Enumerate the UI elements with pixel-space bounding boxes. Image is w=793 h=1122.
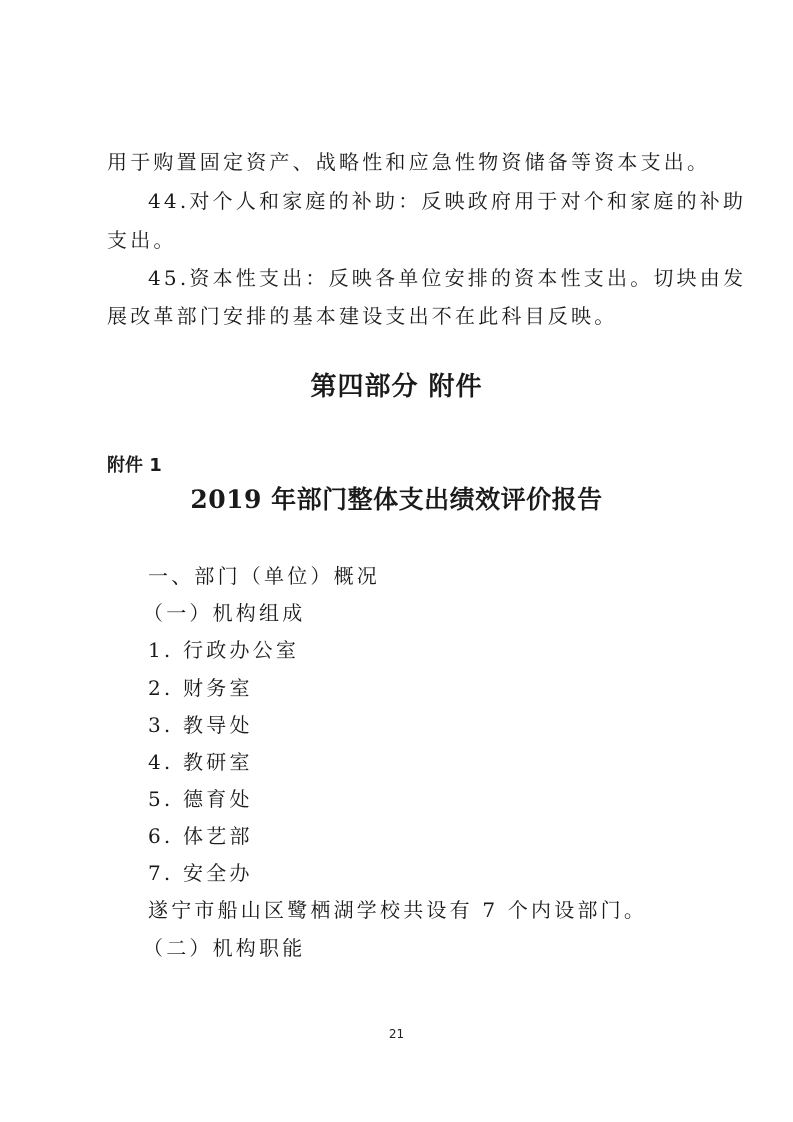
paragraph-line: 44.对个人和家庭的补助：反映政府用于对个和家庭的补助 bbox=[148, 189, 746, 213]
department-item: 7. 安全办 bbox=[148, 861, 253, 885]
subheading: （一）机构组成 bbox=[143, 601, 305, 625]
department-item: 5. 德育处 bbox=[148, 787, 253, 811]
page-number: 21 bbox=[0, 1027, 793, 1041]
department-item: 4. 教研室 bbox=[148, 750, 253, 774]
document-page: 用于购置固定资产、战略性和应急性物资储备等资本支出。 44.对个人和家庭的补助：… bbox=[0, 0, 793, 1122]
paragraph-line: 展改革部门安排的基本建设支出不在此科目反映。 bbox=[107, 304, 617, 328]
summary-text: 遂宁市船山区鹭栖湖学校共设有 7 个内设部门。 bbox=[148, 898, 647, 922]
section-title: 第四部分 附件 bbox=[0, 366, 793, 403]
attachment-label: 附件 1 bbox=[107, 451, 162, 477]
report-title: 2019 年部门整体支出绩效评价报告 bbox=[0, 480, 793, 516]
department-item: 1. 行政办公室 bbox=[148, 638, 299, 662]
paragraph-line: 45.资本性支出：反映各单位安排的资本性支出。切块由发 bbox=[148, 266, 746, 290]
heading-level-1: 一、部门（单位）概况 bbox=[148, 564, 380, 588]
paragraph-line: 支出。 bbox=[107, 228, 177, 252]
subheading: （二）机构职能 bbox=[143, 936, 305, 960]
department-item: 2. 财务室 bbox=[148, 676, 253, 700]
department-item: 6. 体艺部 bbox=[148, 824, 253, 848]
paragraph-line: 用于购置固定资产、战略性和应急性物资储备等资本支出。 bbox=[107, 150, 710, 174]
department-item: 3. 教导处 bbox=[148, 713, 253, 737]
